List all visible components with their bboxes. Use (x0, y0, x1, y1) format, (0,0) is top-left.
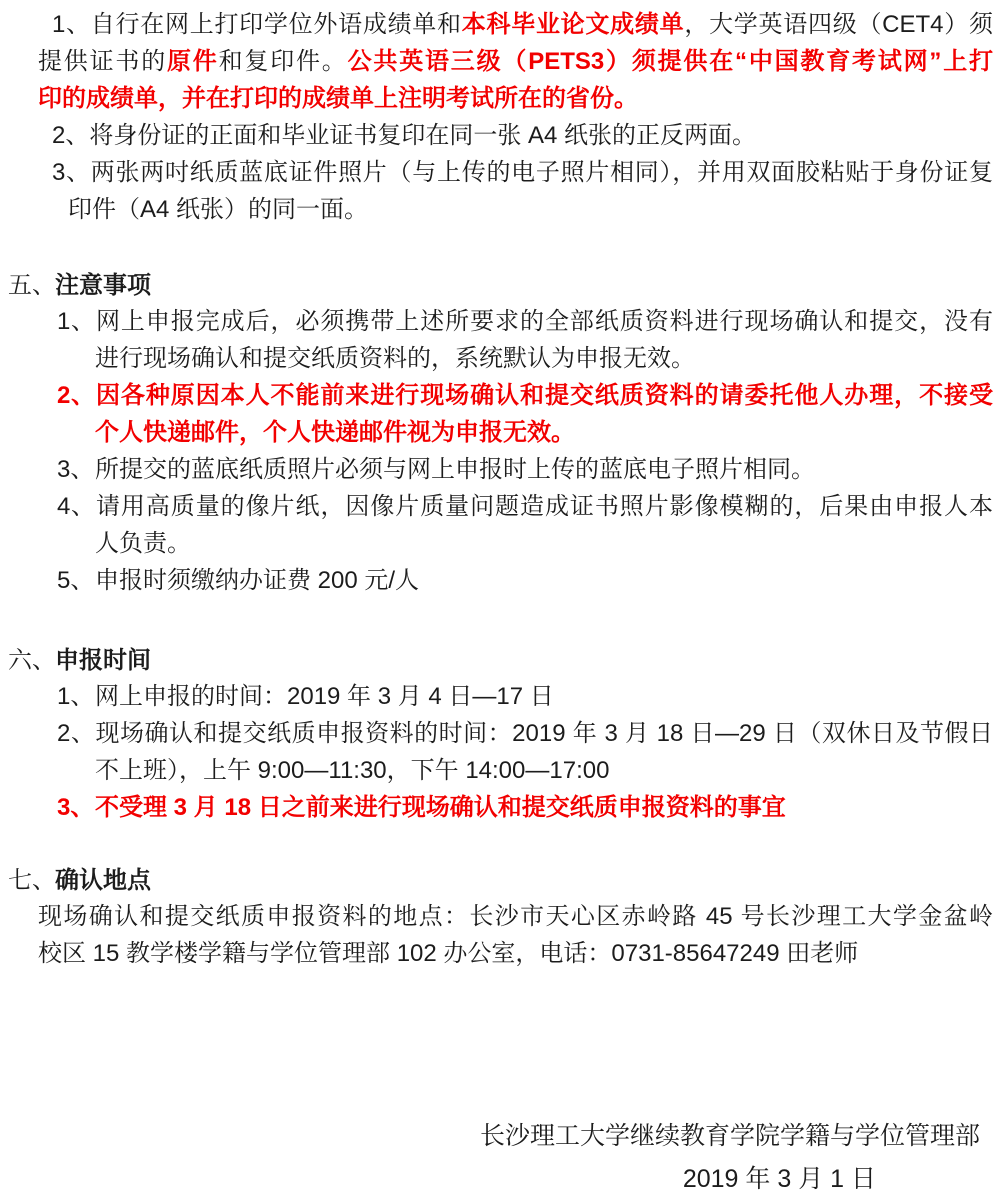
section-7-paragraph: 现场确认和提交纸质申报资料的地点：长沙市天心区赤岭路 45 号长沙理工大学金盆岭… (0, 898, 1000, 972)
s6-item-1: 1、网上申报的时间：2019 年 3 月 4 日—17 日 (57, 678, 993, 715)
section-5-number: 五、 (8, 267, 55, 304)
s5-item-1-line-1: 1、网上申报完成后，必须携带上述所要求的全部纸质资料进行现场确认和提交，没有 (57, 303, 993, 340)
s5-item-3: 3、所提交的蓝底纸质照片必须与网上申报时上传的蓝底电子照片相同。 (57, 451, 993, 488)
s5-item-4-line-2: 人负责。 (95, 525, 993, 562)
s6-item-3: 3、不受理 3 月 18 日之前来进行现场确认和提交纸质申报资料的事宜 (57, 789, 993, 826)
item-number: 1、 (57, 678, 95, 715)
top-item-2: 2、将身份证的正面和毕业证书复印在同一张 A4 纸张的正反两面。 (52, 117, 993, 154)
item-number: 5、 (57, 562, 95, 599)
section-5-list: 1、网上申报完成后，必须携带上述所要求的全部纸质资料进行现场确认和提交，没有 进… (0, 303, 1000, 599)
text-segment-red: 本科毕业论文成绩单 (462, 11, 685, 38)
top-item-1-line-2: 提供证书的原件和复印件。公共英语三级（PETS3）须提供在“中国教育考试网”上打 (38, 43, 993, 80)
signature-date: 2019 年 3 月 1 日 (683, 1161, 876, 1195)
section-6-number: 六、 (8, 642, 55, 679)
section-7-heading: 七、确认地点 (0, 862, 1000, 899)
top-item-1-line-1: 1、自行在网上打印学位外语成绩单和本科毕业论文成绩单，大学英语四级（CET4）须 (52, 6, 993, 43)
text-segment-red: 印的成绩单，并在打印的成绩单上注明考试所在的省份。 (38, 85, 638, 112)
text-segment: 1、自行在网上打印学位外语成绩单和 (52, 11, 462, 38)
item-number: 1、 (57, 303, 95, 340)
text-segment: 现场确认和提交纸质申报资料的时间：2019 年 3 月 18 日—29 日（双休… (95, 720, 993, 747)
item-number: 2、 (57, 715, 95, 752)
section-5-heading: 五、注意事项 (0, 267, 1000, 304)
item-number: 3、 (57, 451, 95, 488)
text-segment-red: 公共英语三级（PETS3）须提供在“中国教育考试网”上打 (348, 48, 993, 75)
s5-item-1-line-2: 进行现场确认和提交纸质资料的，系统默认为申报无效。 (95, 340, 993, 377)
top-item-3-line-1: 3、两张两吋纸质蓝底证件照片（与上传的电子照片相同），并用双面胶粘贴于身份证复 (52, 154, 993, 191)
top-item-3-line-2: 印件（A4 纸张）的同一面。 (68, 191, 993, 228)
text-segment: 和复印件。 (219, 48, 348, 75)
item-number: 4、 (57, 488, 95, 525)
section-6-list: 1、网上申报的时间：2019 年 3 月 4 日—17 日 2、现场确认和提交纸… (0, 678, 1000, 826)
s5-item-2-line-2: 个人快递邮件，个人快递邮件视为申报无效。 (95, 414, 993, 451)
item-number: 2、 (57, 377, 95, 414)
signature-org: 长沙理工大学继续教育学院学籍与学位管理部 (480, 1118, 980, 1155)
section-7-title: 确认地点 (55, 867, 151, 894)
text-segment: ，大学英语四级（CET4）须 (684, 11, 993, 38)
item-number: 3、 (57, 789, 95, 826)
text-segment: 提供证书的 (38, 48, 167, 75)
s7-line-2: 校区 15 教学楼学籍与学位管理部 102 办公室，电话：0731-856472… (38, 935, 993, 972)
s5-item-2-line-1: 2、因各种原因本人不能前来进行现场确认和提交纸质资料的请委托他人办理，不接受 (57, 377, 993, 414)
text-segment-red: 原件 (167, 48, 219, 75)
text-segment: 所提交的蓝底纸质照片必须与网上申报时上传的蓝底电子照片相同。 (95, 456, 815, 483)
section-6-heading: 六、申报时间 (0, 642, 1000, 679)
top-item-1-line-3: 印的成绩单，并在打印的成绩单上注明考试所在的省份。 (38, 80, 993, 117)
text-segment: 网上申报的时间：2019 年 3 月 4 日—17 日 (95, 683, 554, 710)
document-page: 1、自行在网上打印学位外语成绩单和本科毕业论文成绩单，大学英语四级（CET4）须… (0, 0, 1000, 1195)
text-segment-red: 因各种原因本人不能前来进行现场确认和提交纸质资料的请委托他人办理，不接受 (95, 382, 993, 409)
text-segment-red: 不受理 3 月 18 日之前来进行现场确认和提交纸质申报资料的事宜 (95, 794, 786, 821)
section-6-title: 申报时间 (55, 647, 151, 674)
s5-item-4-line-1: 4、请用高质量的像片纸，因像片质量问题造成证书照片影像模糊的，后果由申报人本 (57, 488, 993, 525)
text-segment: 申报时须缴纳办证费 200 元/人 (95, 567, 419, 594)
section-5-title: 注意事项 (55, 272, 151, 299)
s6-item-2-line-2: 不上班），上午 9:00—11:30，下午 14:00—17:00 (95, 752, 993, 789)
text-segment: 请用高质量的像片纸，因像片质量问题造成证书照片影像模糊的，后果由申报人本 (95, 493, 993, 520)
top-list: 1、自行在网上打印学位外语成绩单和本科毕业论文成绩单，大学英语四级（CET4）须… (0, 6, 1000, 228)
s6-item-2-line-1: 2、现场确认和提交纸质申报资料的时间：2019 年 3 月 18 日—29 日（… (57, 715, 993, 752)
s5-item-5: 5、申报时须缴纳办证费 200 元/人 (57, 562, 993, 599)
text-segment: 网上申报完成后，必须携带上述所要求的全部纸质资料进行现场确认和提交，没有 (95, 308, 993, 335)
s7-line-1: 现场确认和提交纸质申报资料的地点：长沙市天心区赤岭路 45 号长沙理工大学金盆岭 (38, 898, 993, 935)
section-7-number: 七、 (8, 862, 55, 899)
